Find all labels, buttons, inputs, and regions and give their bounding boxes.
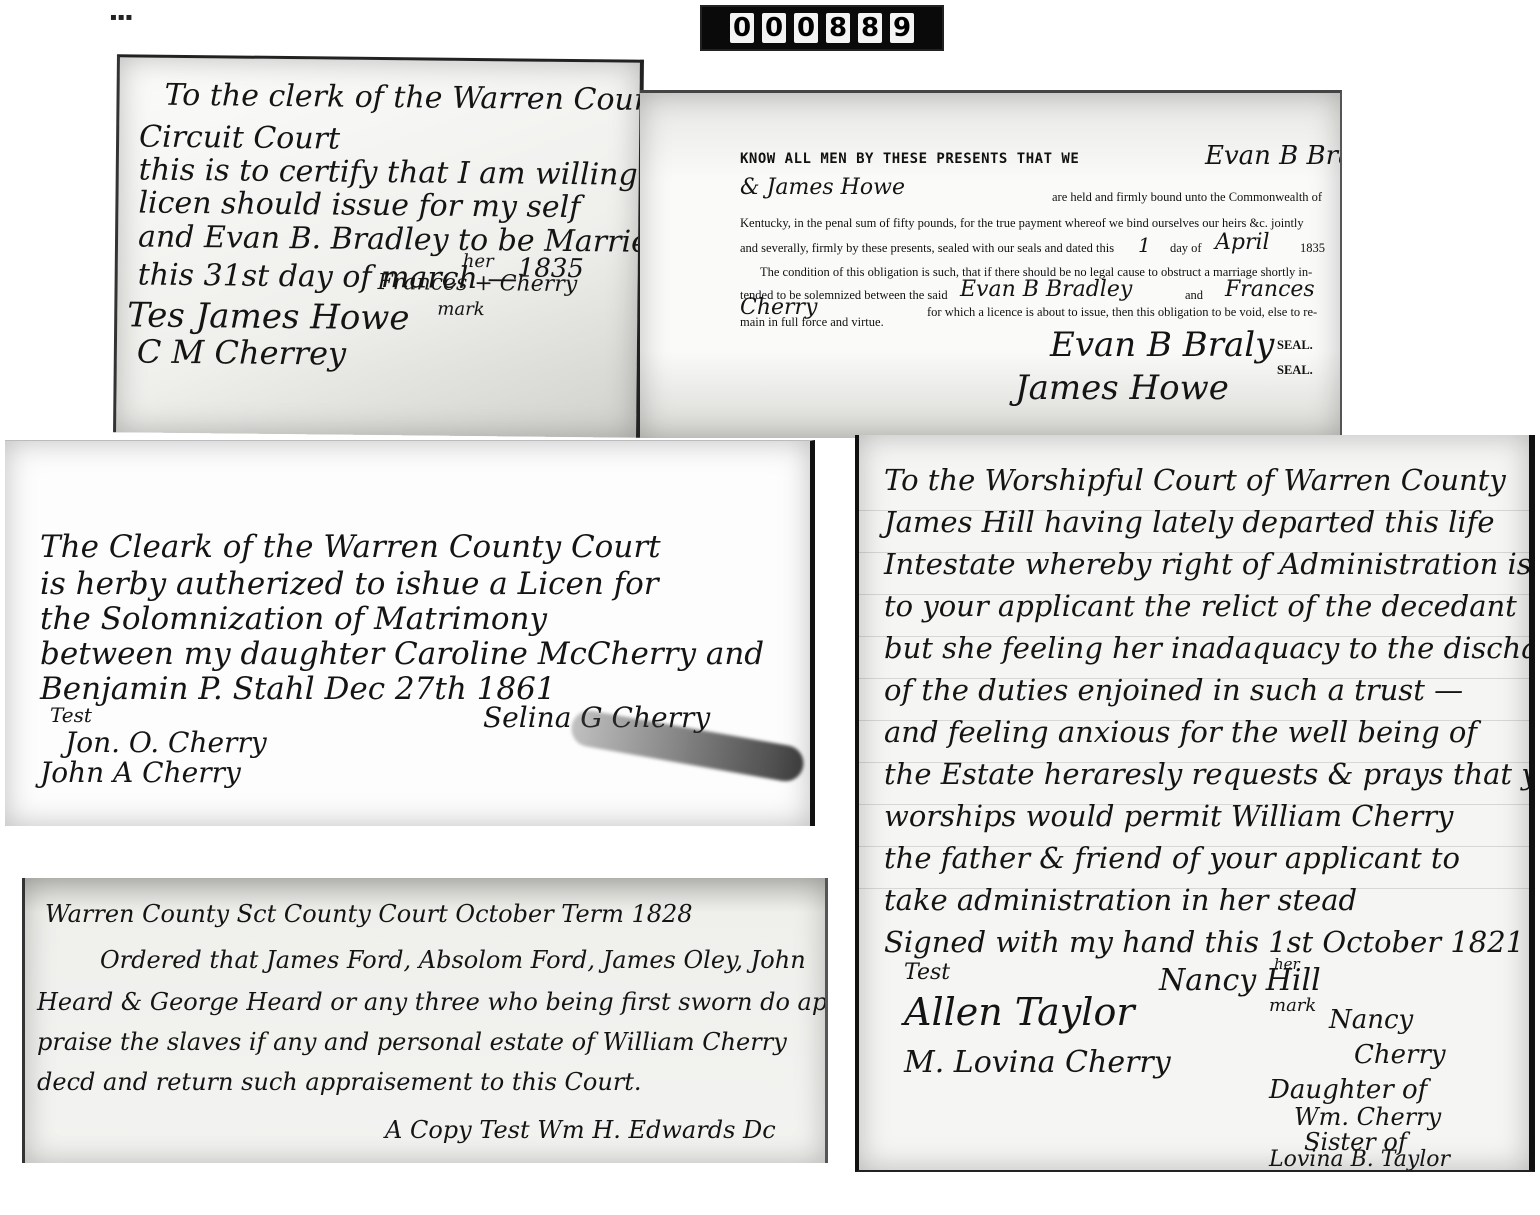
doc5-line: worships would permit William Cherry — [884, 799, 1453, 833]
doc4-line: decd and return such appraisement to thi… — [37, 1068, 642, 1096]
doc1-mark: mark — [437, 299, 485, 320]
doc1-signer: Frances + Cherry — [377, 270, 577, 297]
doc1-line: Circuit Court — [139, 119, 340, 156]
doc1-her: her — [463, 251, 494, 272]
doc5-note: Wm. Cherry — [1294, 1103, 1441, 1131]
doc5-attest: Test — [904, 960, 950, 985]
doc3-line: Benjamin P. Stahl Dec 27th 1861 — [40, 671, 556, 707]
bond-groom: Evan B Bradley — [960, 277, 1132, 302]
counter-digit: 8 — [826, 13, 850, 43]
bond-line: main in full force and virtue. — [740, 315, 884, 330]
counter-digit: 0 — [762, 13, 786, 43]
bond-bride-first: Frances — [1225, 277, 1315, 302]
bond-month: April — [1215, 230, 1270, 255]
doc5-mark: mark — [1269, 995, 1316, 1016]
doc5-line: of the duties enjoined in such a trust — — [884, 673, 1463, 707]
doc5-note: Cherry — [1354, 1040, 1446, 1070]
bond-name-2: & James Howe — [740, 175, 905, 200]
counter-digit: 9 — [890, 13, 914, 43]
doc4-line: Heard & George Heard or any three who be… — [37, 988, 828, 1016]
bond-day-of: day of — [1170, 241, 1202, 256]
bond-and: and — [1185, 288, 1203, 303]
consent-note-1861: The Cleark of the Warren County Court is… — [5, 440, 815, 826]
doc5-note: Lovina B. Taylor — [1269, 1147, 1450, 1172]
bond-banner: KNOW ALL MEN BY THESE PRESENTS THAT WE — [740, 151, 1079, 167]
doc3-line: the Solomnization of Matrimony — [40, 601, 547, 637]
bond-year: 1835 — [1300, 241, 1325, 256]
doc5-line: To the Worshipful Court of Warren County — [884, 463, 1506, 497]
doc5-line: to your applicant the relict of the dece… — [884, 589, 1517, 623]
bond-line: Kentucky, in the penal sum of fifty poun… — [740, 216, 1304, 231]
bond-seal-1: SEAL. — [1277, 338, 1313, 353]
bond-name-1: Evan B Bradley — [1205, 141, 1342, 171]
bond-seal-2: SEAL. — [1277, 363, 1313, 378]
doc3-witness: John A Cherry — [40, 756, 241, 789]
doc5-witness-1: Allen Taylor — [904, 990, 1135, 1034]
doc5-line: the Estate heraresly requests & prays th… — [884, 757, 1535, 791]
doc3-line: is herby autherized to ishue a Licen for — [40, 566, 659, 602]
doc5-line: but she feeling her inadaquacy to the di… — [884, 631, 1535, 665]
doc4-attest: A Copy Test Wm H. Edwards Dc — [385, 1116, 776, 1144]
marriage-bond-1835: KNOW ALL MEN BY THESE PRESENTS THAT WE E… — [640, 90, 1342, 438]
top-scan-mark: ▪▪▪ — [110, 12, 133, 23]
bond-signature-1: Evan B Braly — [1050, 325, 1274, 365]
doc5-signer: Nancy Hill — [1159, 963, 1321, 998]
doc1-line: To the clerk of the Warren County — [164, 78, 644, 118]
bond-day: 1 — [1138, 233, 1151, 257]
doc4-line: praise the slaves if any and personal es… — [37, 1028, 787, 1056]
doc3-witness: Jon. O. Cherry — [65, 726, 267, 759]
court-order-1828: Warren County Sct County Court October T… — [22, 878, 828, 1163]
doc1-line: licen should issue for my self — [138, 185, 580, 225]
doc4-line: Ordered that James Ford, Absolom Ford, J… — [100, 946, 806, 974]
doc4-line: Warren County Sct County Court October T… — [45, 900, 693, 928]
doc3-line: between my daughter Caroline McCherry an… — [40, 636, 764, 672]
doc5-line: Intestate whereby right of Administratio… — [884, 547, 1532, 581]
consent-note-1835: To the clerk of the Warren County Circui… — [113, 54, 644, 437]
doc5-line: and feeling anxious for the well being o… — [884, 715, 1477, 749]
doc5-note: Daughter of — [1269, 1075, 1427, 1105]
doc5-witness-2: M. Lovina Cherry — [904, 1045, 1171, 1080]
doc5-line: James Hill having lately departed this l… — [884, 505, 1495, 539]
doc1-witness-2: C M Cherrey — [137, 332, 347, 372]
doc3-line: The Cleark of the Warren County Court — [40, 529, 661, 565]
doc5-note: Nancy — [1329, 1005, 1413, 1035]
counter-digit: 8 — [858, 13, 882, 43]
doc5-line: the father & friend of your applicant to — [884, 841, 1460, 875]
bond-line: and severally, firmly by these presents,… — [740, 241, 1114, 256]
bond-signature-2: James Howe — [1015, 368, 1229, 408]
bond-line: for which a licence is about to issue, t… — [927, 305, 1317, 320]
frame-counter: 0 0 0 8 8 9 — [700, 5, 944, 51]
bond-line: are held and firmly bound unto the Commo… — [1052, 190, 1322, 205]
counter-digit: 0 — [794, 13, 818, 43]
doc5-line: Signed with my hand this 1st October 182… — [884, 925, 1524, 959]
counter-digit: 0 — [730, 13, 754, 43]
doc5-line: take administration in her stead — [884, 883, 1357, 917]
administration-petition-1821: To the Worshipful Court of Warren County… — [855, 435, 1535, 1172]
doc3-attest: Test — [50, 703, 92, 727]
